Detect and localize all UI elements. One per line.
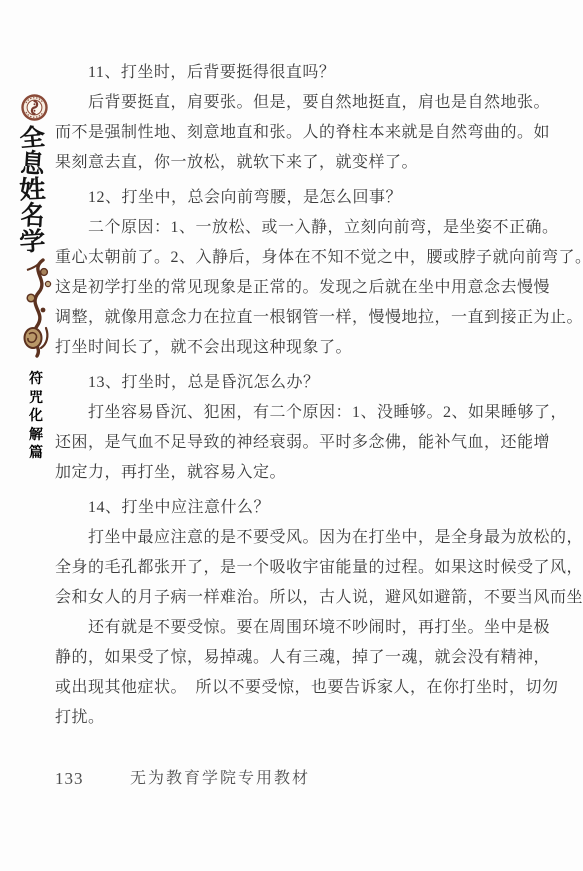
text-line: 打扰。 [55, 703, 570, 733]
series-title-vertical: 全 息 姓 名 学 [14, 126, 52, 256]
section-char: 咒 [29, 389, 43, 408]
question-12: 12、打坐中，总会向前弯腰，是怎么回事？ [55, 183, 570, 213]
page-number: 133 [55, 766, 130, 792]
section-char: 化 [29, 407, 43, 426]
series-char: 名 [20, 203, 45, 232]
answer-14-startle: 还有就是不要受惊。要在周围环境不吵闹时，再打坐。坐中是极 静的，如果受了惊，易掉… [55, 613, 570, 733]
text-line: 13、打坐时，总是昏沉怎么办？ [55, 368, 570, 398]
text-line: 还有就是不要受惊。要在周围环境不吵闹时，再打坐。坐中是极 [55, 613, 570, 643]
seal-logo-icon [21, 94, 48, 121]
question-13: 13、打坐时，总是昏沉怎么办？ [55, 368, 570, 398]
text-line: 还困，是气血不足导致的神经衰弱。平时多念佛，能补气血，还能增 [55, 428, 570, 458]
calligraphy-flourish-icon [13, 256, 57, 360]
text-line: 加定力，再打坐，就容易入定。 [55, 458, 570, 488]
text-line: 重心太朝前了。2、入静后，身体在不知不觉之中，腰或脖子就向前弯了。 [55, 243, 570, 273]
answer-13: 打坐容易昏沉、犯困，有二个原因：1、没睡够。2、如果睡够了， 还困，是气血不足导… [55, 398, 570, 488]
text-line: 12、打坐中，总会向前弯腰，是怎么回事？ [55, 183, 570, 213]
text-line: 果刻意去直，你一放松，就软下来了，就变样了。 [55, 148, 570, 178]
text-line: 打坐容易昏沉、犯困，有二个原因：1、没睡够。2、如果睡够了， [55, 398, 570, 428]
text-line: 会和女人的月子病一样难治。所以，古人说，避风如避箭，不要当风而坐。 [55, 583, 570, 613]
answer-11: 后背要挺直，肩要张。但是，要自然地挺直，肩也是自然地张。 而不是强制性地、刻意地… [55, 88, 570, 178]
sidebar: 全 息 姓 名 学 符 咒 化 解 篇 [0, 0, 55, 871]
section-char: 篇 [29, 444, 43, 463]
text-line: 打坐时间长了，就不会出现这种现象了。 [55, 333, 570, 363]
question-14: 14、打坐中应注意什么？ [55, 493, 570, 523]
page-footer: 133 无为教育学院专用教材 [55, 766, 525, 796]
text-line: 二个原因：1、一放松、或一入静，立刻向前弯，是坐姿不正确。 [55, 213, 570, 243]
answer-14-wind: 打坐中最应注意的是不要受风。因为在打坐中，是全身最为放松的， 全身的毛孔都张开了… [55, 523, 570, 613]
text-line: 打坐中最应注意的是不要受风。因为在打坐中，是全身最为放松的， [55, 523, 570, 553]
series-char: 息 [20, 151, 46, 180]
text-line: 静的，如果受了惊，易掉魂。人有三魂，掉了一魂，就会没有精神， [55, 643, 570, 673]
text-line: 或出现其他症状。 所以不要受惊，也要告诉家人，在你打坐时，切勿 [55, 673, 570, 703]
text-line: 调整，就像用意念力在拉直一根钢管一样，慢慢地拉，一直到接正为止。 [55, 303, 570, 333]
page-body-text: 11、打坐时，后背要挺得很直吗？ 后背要挺直，肩要张。但是，要自然地挺直，肩也是… [55, 58, 570, 733]
section-char: 解 [29, 426, 43, 445]
text-line: 全身的毛孔都张开了，是一个吸收宇宙能量的过程。如果这时候受了风， [55, 553, 570, 583]
footer-text: 无为教育学院专用教材 [130, 766, 310, 792]
text-line: 14、打坐中应注意什么？ [55, 493, 570, 523]
answer-12: 二个原因：1、一放松、或一入静，立刻向前弯，是坐姿不正确。 重心太朝前了。2、入… [55, 213, 570, 363]
text-line: 后背要挺直，肩要张。但是，要自然地挺直，肩也是自然地张。 [55, 88, 570, 118]
series-char: 全 [19, 126, 47, 153]
book-page: 全 息 姓 名 学 符 咒 化 解 篇 11、打坐时，后背要挺得很直 [0, 0, 583, 871]
question-11: 11、打坐时，后背要挺得很直吗？ [55, 58, 570, 88]
series-char: 姓 [19, 177, 47, 204]
text-line: 这是初学打坐的常见现象是正常的。发现之后就在坐中用意念去慢慢 [55, 273, 570, 303]
series-char: 学 [19, 229, 47, 257]
section-char: 符 [29, 370, 43, 389]
text-line: 而不是强制性地、刻意地直和张。人的脊柱本来就是自然弯曲的。如 [55, 118, 570, 148]
section-title-vertical: 符 咒 化 解 篇 [21, 370, 51, 463]
text-line: 11、打坐时，后背要挺得很直吗？ [55, 58, 570, 88]
